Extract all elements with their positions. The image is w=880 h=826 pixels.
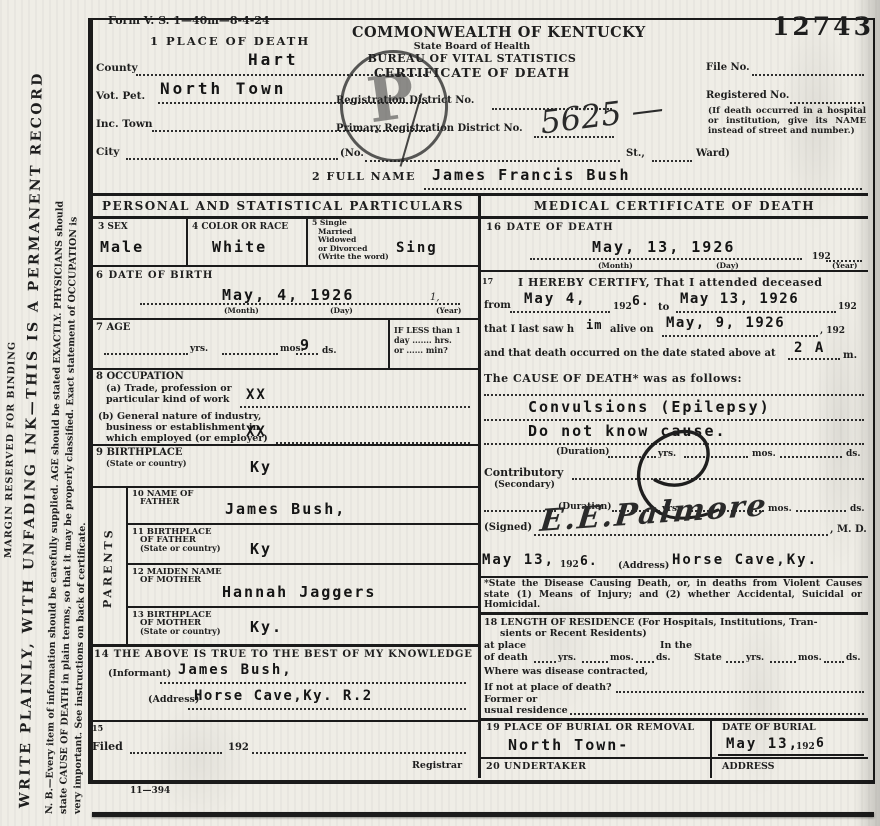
personal-section-title: PERSONAL AND STATISTICAL PARTICULARS [88,199,478,213]
serial-number: 12743 [772,12,874,41]
occupation-b-label2: business or establishment in [106,422,259,433]
dotted-line [636,661,654,663]
last-saw-him-value: im [586,318,602,332]
divider [481,216,868,219]
dotted-line [484,394,864,396]
signed-address-value: Horse Cave,Ky. [672,552,818,568]
divider [88,444,478,446]
burial-date-value: May 13, [726,736,799,752]
center-divider [478,193,481,778]
contributory-label: Contributory [484,466,563,479]
signed-label: (Signed) [484,522,532,533]
dotted-line [296,353,318,355]
filed-year-label: 192 [228,742,249,753]
margin-write-plainly-note: WRITE PLAINLY, WITH UNFADING INK—THIS IS… [17,71,46,808]
dotted-line [676,311,836,313]
divider [126,563,478,565]
divider [126,523,478,525]
dotted-line [790,102,864,104]
res-mos-label: mos. [610,653,634,663]
county-label: County [96,62,138,74]
mother-birthplace-label3: (State or country) [140,626,221,636]
registrar-label: Registrar [412,760,462,771]
divider [481,718,868,721]
county-value: Hart [248,50,299,69]
burial-192-label: 192 [796,742,815,752]
certify-section-number: 17 [482,276,493,286]
age-label: 7 AGE [96,322,130,333]
plate-number: 11—394 [130,786,170,796]
signed-address-label: (Address) [618,560,669,571]
filed-section-number: 15 [92,723,103,733]
father-name-value: James Bush, [225,500,346,518]
res-state-yrs-label: yrs. [746,653,764,663]
burial-place-value: North Town- [508,736,629,754]
duration-ds-label: ds. [846,449,861,459]
dotted-line [534,136,614,138]
dob-day-label: (Day) [330,306,353,315]
last-saw-label: that I last saw h [484,324,574,335]
divider [88,318,478,320]
res-state-ds-label: ds. [846,653,861,663]
cause-of-death-value: Convulsions (Epilepsy) [528,398,771,416]
registered-no-label: Registered No. [706,90,789,101]
birthplace-label: 9 BIRTHPLACE [96,447,182,458]
undertaker-label: 20 UNDERTAKER [486,761,587,772]
father-name-label2: FATHER [140,497,180,507]
signed-date-value: May 13, [482,552,555,568]
street-label: St., [626,148,645,159]
attended-to-label: to [658,302,669,313]
dotted-line [726,661,744,663]
dotted-line [770,661,796,663]
dotted-line [252,752,466,754]
form-number: Form V. S. 1—40m—8-4-24 [108,14,270,27]
dod-month-label: (Month) [598,261,633,270]
filed-label: Filed [92,740,123,753]
age-yrs-label: yrs. [190,344,208,354]
hospital-note: (If death occurred in a hospital or inst… [708,106,866,136]
res-state-mos-label: mos. [798,653,822,663]
color-race-label: 4 COLOR OR RACE [192,222,288,232]
burial-year-value: 6 [816,736,825,751]
mother-name-label2: OF MOTHER [140,575,201,585]
duration2-mos-label: mos. [768,504,792,514]
informant-label: (Informant) [108,668,171,679]
if-not-label: If not at place of death? [484,682,612,693]
date-of-death-label: 16 DATE OF DEATH [486,222,614,233]
dotted-line [140,303,460,305]
occupation-b-label3: which employed (or employer) [106,433,268,444]
attended-to-value: May 13, 1926 [680,291,799,307]
margin-nb-note-line3: very important. See instructions on back… [72,522,88,814]
divider [481,757,868,759]
cause-of-death-label: The CAUSE OF DEATH* was as follows: [484,372,742,385]
to-192-label: 192 [838,302,857,312]
in-the-label: In the [660,640,692,651]
informant-value: James Bush, [178,662,293,678]
occupation-b-value: XX [246,424,267,440]
divider [306,216,308,265]
city-label: City [96,146,119,158]
dotted-line [582,661,608,663]
divider [718,754,864,756]
residence-label2: sients or Recent Residents) [500,628,647,639]
dotted-line [534,661,556,663]
secondary-label: (Secondary) [494,480,555,490]
occupation-a-value: XX [246,387,267,403]
mother-name-value: Hannah Jaggers [222,583,376,601]
divider [88,486,478,488]
occupation-label: 8 OCCUPATION [96,371,184,382]
burial-date-label: DATE OF BURIAL [722,722,816,733]
saw-192-label: , 192 [820,326,845,336]
dotted-line [788,358,840,360]
meridian-label: m. [843,350,857,361]
full-name-label: 2 FULL NAME [312,170,416,183]
from-192-label: 192 [613,302,632,312]
dotted-line [160,682,466,684]
if-less-than-day-label: IF LESS than 1 day ....... hrs. or .....… [394,325,461,355]
residence-label: 18 LENGTH OF RESIDENCE (For Hospitals, I… [484,617,818,628]
violent-causes-footnote: *State the Disease Causing Death, or, in… [484,579,862,611]
margin-binding-note: MARGIN RESERVED FOR BINDING [3,341,18,558]
usual-residence-label: usual residence [484,705,568,716]
knowledge-statement: 14 THE ABOVE IS TRUE TO THE BEST OF MY K… [94,649,473,660]
undertaker-address-label: ADDRESS [722,761,775,772]
dob-month-label: (Month) [224,306,259,315]
page-edge-shadow [92,812,874,817]
dotted-line [616,691,864,693]
dotted-line [652,160,692,162]
md-label: , M. D. [830,524,867,535]
divider [88,368,478,370]
dotted-line [188,708,466,710]
informant-address-value: Horse Cave,Ky. R.2 [194,688,373,704]
dotted-line [126,158,338,160]
attended-from-label: from [484,300,511,311]
parents-group-label: PARENTS [101,527,115,608]
divider [388,318,390,368]
from-year-value: 6. [632,294,650,309]
dotted-line [824,661,844,663]
vot-pet-value: North Town [160,79,286,98]
commonwealth-title: COMMONWEALTH OF KENTUCKY [352,24,592,41]
burial-place-label: 19 PLACE OF BURIAL OR REMOVAL [486,722,695,733]
inc-town-label: Inc. Town [96,118,153,130]
birthplace-value: Ky [250,458,272,476]
divider [126,486,128,644]
dotted-line [510,311,610,313]
age-ds-label: ds. [322,346,337,356]
marital-status-label: 5 Single Married Widowed or Divorced (Wr… [312,219,389,262]
last-saw-value: May, 9, 1926 [666,315,785,331]
dotted-line [796,510,846,512]
attended-from-value: May 4, [524,291,587,307]
dob-value: May, 4, 1926 [222,286,354,304]
of-death-label: of death [484,652,528,663]
dob-stray-mark: 1, [430,292,440,303]
divider [710,718,712,778]
dotted-line [780,456,842,458]
color-race-value: White [212,238,267,256]
dotted-line [662,335,818,337]
mother-birthplace-value: Ky. [250,618,283,636]
death-certificate-scan: MARGIN RESERVED FOR BINDING WRITE PLAINL… [0,0,880,826]
at-place-label: at place [484,640,526,651]
dotted-line [130,752,222,754]
duration2-ds-label: ds. [850,504,865,514]
res-ds-label: ds. [656,653,671,663]
occupation-b-label: (b) General nature of industry, [98,411,261,422]
duration-mos-label: mos. [752,449,776,459]
date-of-death-value: May, 13, 1926 [592,238,735,256]
vot-pet-label: Vot. Pet. [96,90,145,102]
divider [186,216,188,265]
marital-status-value: Sing [396,240,438,256]
file-no-label: File No. [706,62,750,73]
signed-192-label: 192 [560,560,579,570]
alive-on-label: alive on [610,324,654,335]
death-occurred-label: and that death occurred on the date stat… [484,348,776,359]
birthplace-sub-label: (State or country) [106,458,187,468]
dotted-line [530,258,802,260]
sex-value: Male [100,238,144,256]
father-birthplace-value: Ky [250,540,272,558]
dob-year-label: (Year) [436,306,461,315]
dotted-line [424,188,862,190]
dod-year-label: (Year) [832,261,857,270]
divider [88,720,478,722]
dod-day-label: (Day) [716,261,739,270]
divider [88,644,478,647]
full-name-value: James Francis Bush [432,166,631,184]
dob-label: 6 DATE OF BIRTH [96,270,213,281]
father-birthplace-label3: (State or country) [140,543,221,553]
informant-address-label: (Address) [148,694,199,705]
death-hour-value: 2 A [794,340,825,356]
divider [88,265,478,267]
res-yrs-label: yrs. [558,653,576,663]
state-label: State [694,652,722,663]
dotted-line [222,353,278,355]
dotted-line [570,713,864,715]
sex-label: 3 SEX [98,222,128,232]
certify-statement: I HEREBY CERTIFY, That I attended deceas… [518,276,822,289]
place-of-death-label: 1 PLACE OF DEATH [150,34,310,48]
occupation-a-label: (a) Trade, profession or [106,383,232,394]
ward-label: Ward) [696,148,730,159]
divider [126,606,478,608]
disease-contracted-label: Where was disease contracted, [484,666,648,677]
age-days-value: 9 [300,336,310,354]
dotted-line [240,406,470,408]
divider [481,270,868,272]
divider [481,612,868,615]
former-label: Former or [484,694,537,705]
divider [88,216,478,219]
occupation-a-label2: particular kind of work [106,394,229,405]
dotted-line [752,74,864,76]
dotted-line [104,353,188,355]
medical-section-title: MEDICAL CERTIFICATE OF DEATH [481,199,868,213]
signed-year-value: 6. [580,554,598,569]
